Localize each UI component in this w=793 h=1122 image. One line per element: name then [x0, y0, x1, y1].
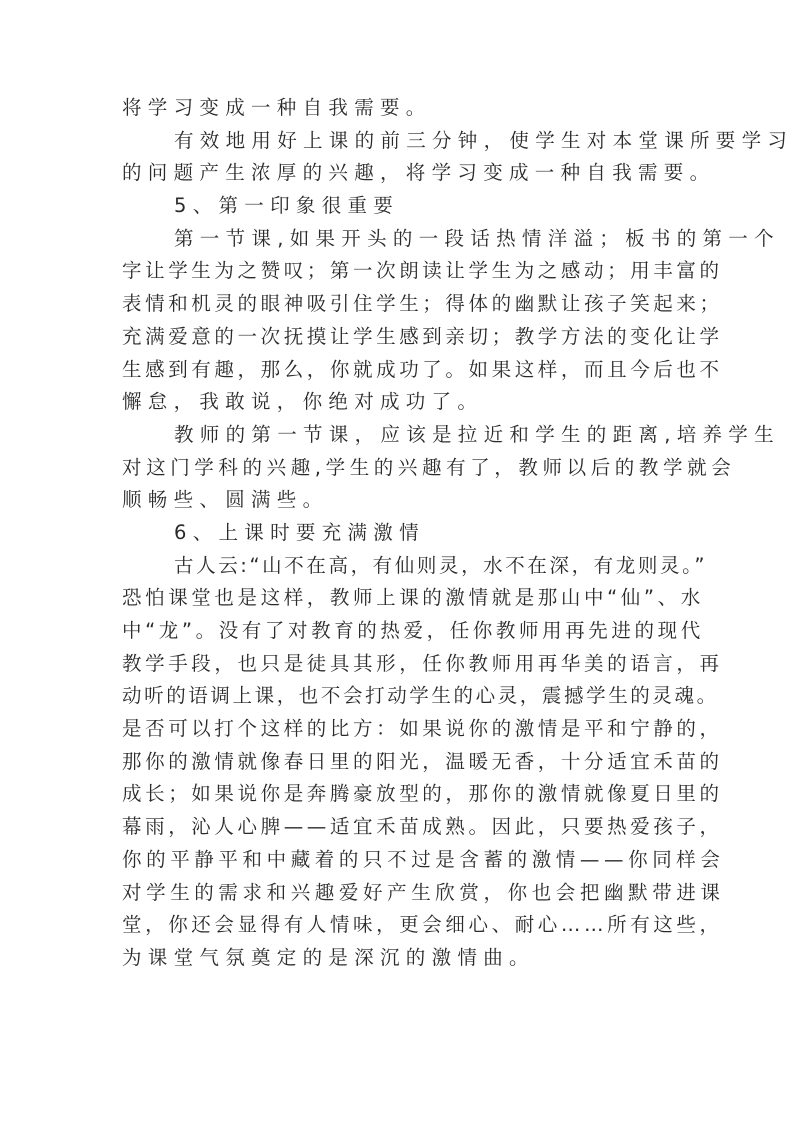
- paragraph-line: 表情和机灵的眼神吸引住学生；得体的幽默让孩子笑起来；: [122, 288, 682, 321]
- paragraph-line: 对学生的需求和兴趣爱好产生欣赏，你也会把幽默带进课: [122, 877, 682, 910]
- paragraph-line: 有效地用好上课的前三分钟，使学生对本堂课所要学习: [122, 125, 682, 158]
- section-heading-6: 6、上课时要充满激情: [122, 517, 682, 550]
- paragraph-line: 第一节课,如果开头的一段话热情洋溢；板书的第一个: [122, 223, 682, 256]
- paragraph-line: 古人云:“山不在高，有仙则灵，水不在深，有龙则灵。”: [122, 550, 682, 583]
- paragraph-line: 的问题产生浓厚的兴趣，将学习变成一种自我需要。: [122, 157, 682, 190]
- paragraph-line: 懈怠，我敢说，你绝对成功了。: [122, 386, 682, 419]
- paragraph-line: 恐怕课堂也是这样，教师上课的激情就是那山中“仙”、水: [122, 582, 682, 615]
- section-heading-5: 5、第一印象很重要: [122, 190, 682, 223]
- paragraph-line: 生感到有趣，那么，你就成功了。如果这样，而且今后也不: [122, 354, 682, 387]
- paragraph-continuation: 将学习变成一种自我需要。: [122, 92, 682, 125]
- document-page: 将学习变成一种自我需要。 有效地用好上课的前三分钟，使学生对本堂课所要学习 的问…: [122, 92, 682, 975]
- paragraph-line: 对这门学科的兴趣,学生的兴趣有了，教师以后的教学就会: [122, 452, 682, 485]
- paragraph-line: 教师的第一节课，应该是拉近和学生的距离,培养学生: [122, 419, 682, 452]
- paragraph-line: 堂，你还会显得有人情味，更会细心、耐心……所有这些，: [122, 909, 682, 942]
- paragraph-line: 你的平静平和中藏着的只不过是含蓄的激情——你同样会: [122, 844, 682, 877]
- paragraph-line: 是否可以打个这样的比方：如果说你的激情是平和宁静的，: [122, 713, 682, 746]
- paragraph-line: 充满爱意的一次抚摸让学生感到亲切；教学方法的变化让学: [122, 321, 682, 354]
- paragraph-line: 顺畅些、圆满些。: [122, 484, 682, 517]
- paragraph-line: 为课堂气氛奠定的是深沉的激情曲。: [122, 942, 682, 975]
- paragraph-line: 字让学生为之赞叹；第一次朗读让学生为之感动；用丰富的: [122, 255, 682, 288]
- paragraph-line: 成长；如果说你是奔腾豪放型的，那你的激情就像夏日里的: [122, 778, 682, 811]
- paragraph-line: 教学手段，也只是徒具其形，任你教师用再华美的语言，再: [122, 648, 682, 681]
- paragraph-line: 动听的语调上课，也不会打动学生的心灵，震撼学生的灵魂。: [122, 680, 682, 713]
- paragraph-line: 中“龙”。没有了对教育的热爱，任你教师用再先进的现代: [122, 615, 682, 648]
- paragraph-line: 那你的激情就像春日里的阳光，温暖无香，十分适宜禾苗的: [122, 746, 682, 779]
- paragraph-line: 幕雨，沁人心脾——适宜禾苗成熟。因此，只要热爱孩子，: [122, 811, 682, 844]
